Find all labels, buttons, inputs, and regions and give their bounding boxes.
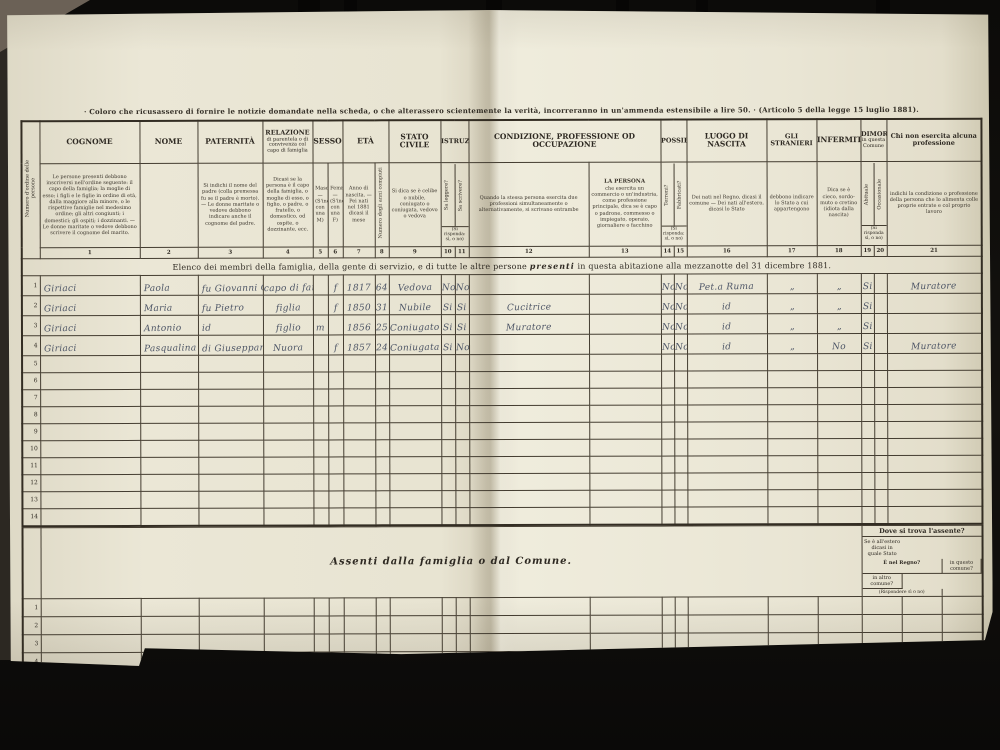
table-cell — [344, 651, 376, 670]
col-header-relazione: RELAZIONEdi parentela o di convivenza co… — [262, 120, 312, 162]
table-cell: f — [328, 274, 343, 294]
dimora-pair: Abituale Occasionale — [861, 163, 886, 225]
table-cell — [389, 388, 441, 405]
sa-scrivere-cell: Sa scrivere? — [454, 164, 468, 226]
table-cell: No — [674, 294, 687, 314]
table-cell — [874, 472, 887, 489]
table-cell: Antonio — [140, 315, 198, 335]
col-num: 20 — [874, 245, 887, 256]
table-cell — [456, 651, 470, 670]
table-cell — [862, 632, 902, 650]
table-cell — [662, 633, 675, 651]
handwritten-value: 1850 — [347, 303, 371, 313]
handwritten-value: Maria — [143, 303, 172, 314]
handwritten-value: No — [441, 282, 455, 292]
table-cell — [661, 422, 674, 439]
table-cell — [589, 354, 661, 371]
table-cell: id — [687, 313, 767, 333]
instr-stranieri: debbono indicare lo Stato a cui apparten… — [767, 161, 817, 245]
table-cell — [343, 456, 375, 473]
table-cell — [376, 633, 390, 651]
table-cell — [874, 455, 887, 472]
table-cell — [687, 421, 767, 438]
table-cell — [313, 456, 328, 473]
table-cell — [887, 387, 982, 404]
rispondere-note: (Rispondere sì o no) — [862, 588, 942, 595]
table-cell — [887, 293, 982, 313]
table-cell — [313, 422, 328, 439]
table-cell — [469, 456, 589, 473]
table-cell — [861, 472, 874, 489]
table-cell — [887, 353, 982, 370]
handwritten-value: No — [674, 282, 687, 292]
table-cell — [314, 597, 329, 615]
handwritten-value: „ — [789, 322, 794, 332]
table-cell — [313, 388, 328, 405]
table-cell: Si — [441, 314, 455, 334]
table-cell — [343, 490, 375, 507]
table-cell — [817, 370, 861, 387]
col-num: 1 — [40, 247, 140, 258]
fabbricati-cell: Fabbricati? — [673, 164, 686, 226]
handwritten-value: 31 — [376, 303, 388, 313]
table-cell — [328, 354, 343, 371]
instr-possiede: Terreni? Fabbricati? (Si risponda: sì, o… — [661, 162, 687, 246]
firma-label: (Firma): — [759, 684, 788, 692]
col-header-possiede: POSSIEDE — [660, 120, 686, 162]
instr-sesso-femmina: Femmina — (S'indichi con una F) — [328, 162, 343, 246]
table-cell — [389, 456, 441, 473]
table-cell — [390, 651, 442, 670]
table-cell — [589, 274, 661, 294]
col-header-condizione: CONDIZIONE, PROFESSIONE OD OCCUPAZIONE — [468, 120, 660, 163]
table-cell — [263, 456, 313, 473]
table-cell — [455, 371, 469, 388]
table-cell — [817, 489, 861, 506]
handwritten-value: Si — [457, 323, 467, 333]
table-cell: „ — [767, 333, 817, 353]
table-cell: „ — [767, 293, 817, 313]
table-cell — [441, 473, 455, 490]
col-header-sesso: SESSO — [312, 120, 342, 162]
table-cell — [817, 506, 861, 524]
table-cell — [767, 370, 817, 387]
table-cell — [675, 633, 688, 651]
table-cell — [661, 456, 674, 473]
table-cell — [469, 507, 589, 525]
table-cell — [198, 406, 263, 423]
photo-of-census-form: { "colors": { "paper": "#e8e4d2", "ink":… — [0, 0, 1000, 750]
table-cell — [313, 274, 328, 294]
table-cell: Giriaci — [40, 335, 140, 355]
handwritten-value: No — [674, 302, 687, 312]
handwritten-value: No — [674, 322, 687, 332]
numero-label: Numero d'ordine delle persone — [25, 151, 37, 225]
table-cell — [470, 615, 590, 633]
form-content: · Coloro che ricusassero di fornire le n… — [20, 105, 984, 694]
table-cell — [344, 633, 376, 651]
table-cell — [41, 634, 141, 652]
table-cell — [590, 633, 662, 651]
handwritten-value: Giriaci — [43, 343, 76, 354]
table-cell — [455, 490, 469, 507]
table-cell — [589, 439, 661, 456]
table-cell — [861, 404, 874, 421]
table-cell — [767, 353, 817, 370]
table-cell — [887, 313, 982, 333]
table-cell — [590, 615, 662, 633]
table-cell — [874, 387, 887, 404]
table-cell: Si — [861, 273, 874, 293]
col-header-cognome: COGNOME — [39, 121, 139, 163]
table-cell — [455, 354, 469, 371]
table-cell — [328, 388, 343, 405]
handwritten-value: No — [661, 322, 674, 332]
col-num: 18 — [817, 245, 861, 256]
handwritten-value: 64 — [376, 283, 388, 293]
row-number: 7 — [22, 389, 40, 406]
table-cell: No — [674, 314, 687, 334]
row-number: 10 — [22, 440, 40, 457]
table-cell — [661, 439, 674, 456]
table-cell — [389, 439, 441, 456]
row-number: 3 — [23, 634, 41, 652]
row-number: 5 — [22, 355, 40, 372]
table-cell: Muratore — [887, 333, 982, 353]
table-cell — [441, 490, 455, 507]
table-cell — [687, 438, 767, 455]
table-cell — [313, 490, 328, 507]
table-cell — [343, 439, 375, 456]
table-cell — [456, 615, 470, 633]
table-row: 3 — [23, 632, 983, 653]
table-cell — [687, 472, 767, 489]
la-persona-text: che esercita un commercio o un'industria… — [591, 185, 657, 229]
table-cell: Paola — [140, 275, 198, 295]
handwritten-value: Giriaci — [43, 303, 76, 314]
handwritten-value: Paola — [143, 283, 169, 294]
table-cell — [470, 651, 590, 670]
table-cell: fu Giovanni Giuseppe — [198, 275, 263, 295]
table-cell — [874, 438, 887, 455]
table-cell — [140, 355, 198, 372]
col-header-stranieri: GLI STRANIERI — [766, 119, 816, 161]
table-cell: 1850 — [343, 294, 375, 314]
table-cell — [343, 422, 375, 439]
col-num: 5 — [313, 246, 328, 257]
handwritten-value: 24 — [376, 343, 388, 353]
handwritten-value: f — [333, 283, 337, 293]
table-cell — [469, 388, 589, 405]
table-cell — [264, 615, 314, 633]
table-cell — [674, 405, 687, 422]
table-cell — [874, 313, 887, 333]
table-cell — [674, 507, 687, 525]
table-cell — [589, 473, 661, 490]
table-cell — [140, 491, 198, 508]
table-cell — [589, 456, 661, 473]
table-cell: No — [455, 334, 469, 354]
terreni-label: Terreni? — [664, 184, 670, 205]
table-cell — [329, 597, 344, 615]
relazione-subtitle: di parentela o di convivenza col capo di… — [263, 137, 312, 154]
table-cell — [375, 371, 389, 388]
dove-assente-title: Dove si trova l'assente? — [862, 525, 982, 536]
table-cell — [40, 389, 140, 406]
table-cell — [198, 508, 263, 526]
table-cell — [661, 371, 674, 388]
handwritten-value: 1856 — [347, 323, 371, 333]
table-cell — [469, 405, 589, 422]
handwritten-value: id — [722, 302, 731, 312]
table-cell — [442, 633, 456, 651]
table-cell — [902, 614, 942, 632]
dove-assente-grid: Dove si trova l'assente? È nel Regno? Se… — [862, 525, 982, 595]
row-number: 1 — [22, 275, 40, 295]
col-num: 4 — [263, 246, 313, 257]
census-table: Numero d'ordine delle persone COGNOME NO… — [20, 118, 983, 527]
table-cell — [688, 650, 768, 669]
table-cell — [389, 371, 441, 388]
table-cell — [661, 388, 674, 405]
table-cell — [455, 456, 469, 473]
table-cell — [40, 457, 140, 474]
table-cell — [874, 421, 887, 438]
table-cell — [469, 422, 589, 439]
table-cell — [887, 489, 982, 506]
assenti-rows: 1234 — [23, 596, 983, 671]
table-cell — [375, 422, 389, 439]
table-cell — [768, 650, 818, 669]
table-cell — [674, 354, 687, 371]
instr-istruzione: Sa leggere? Sa scrivere? (Si risponda: s… — [441, 162, 469, 246]
instr-nome — [140, 163, 198, 247]
in-questo-comune-label: in questo comune? — [942, 558, 982, 573]
row-number: 2 — [22, 295, 40, 315]
table-cell — [817, 455, 861, 472]
table-cell — [887, 506, 982, 524]
table-cell — [675, 615, 688, 633]
table-cell — [328, 490, 343, 507]
table-cell — [469, 274, 589, 294]
table-cell: Giriaci — [40, 275, 140, 295]
table-cell: 24 — [375, 334, 389, 354]
table-cell — [887, 438, 982, 455]
table-cell — [328, 405, 343, 422]
table-cell — [456, 597, 470, 615]
handwritten-value: Giriaci — [43, 283, 76, 294]
table-cell — [456, 633, 470, 651]
table-cell — [455, 507, 469, 525]
table-row: 2GiriaciMariafu Pietrofigliaf185031Nubil… — [22, 293, 982, 316]
table-cell — [198, 474, 263, 491]
table-cell — [687, 370, 767, 387]
handwritten-value: Giriaci — [43, 323, 76, 334]
table-cell — [442, 597, 456, 615]
table-cell — [375, 507, 389, 525]
table-cell: No — [661, 314, 674, 334]
row-number: 2 — [23, 616, 41, 634]
instr-condizione-12: Quando la stessa persona esercita due pr… — [469, 162, 589, 246]
row-number: 6 — [22, 372, 40, 389]
table-cell — [313, 473, 328, 490]
table-cell — [140, 508, 198, 526]
anni-compiuti-label: Numero degli anni compiuti — [379, 168, 385, 239]
row-number: 11 — [22, 457, 40, 474]
family-members-rows: 1GiriaciPaolafu Giovanni Giuseppecapo di… — [22, 273, 983, 526]
table-cell — [343, 473, 375, 490]
table-cell — [328, 422, 343, 439]
handwritten-value: Si — [863, 301, 873, 311]
istruzione-note: (Si risponda: sì, o no) — [441, 226, 468, 244]
table-cell — [263, 371, 313, 388]
handwritten-value: No — [661, 342, 674, 352]
instr-anno-nascita: Anno di nascita. — Pei nati nel 1881 dic… — [343, 162, 375, 246]
col-header-paternita: PATERNITÀ — [197, 121, 262, 163]
instr-paternita: Si indichi il nome del padre (colla prem… — [198, 163, 263, 247]
table-cell — [887, 455, 982, 472]
table-cell — [329, 633, 344, 651]
table-cell — [141, 634, 199, 652]
table-cell — [767, 421, 817, 438]
table-cell — [469, 439, 589, 456]
table-cell: Muratore — [887, 273, 982, 293]
table-cell — [344, 615, 376, 633]
table-cell — [688, 632, 768, 650]
col-header-nome: NOME — [139, 121, 197, 163]
instr-dimora: Abituale Occasionale (Si risponda sì, o … — [861, 161, 887, 245]
table-cell — [874, 404, 887, 421]
table-row: 4GiriaciPasqualinadi GiuseppantonioNuora… — [22, 333, 982, 356]
table-cell — [264, 651, 314, 670]
table-cell — [389, 405, 441, 422]
row-number: 4 — [22, 335, 40, 355]
table-cell — [767, 438, 817, 455]
table-cell — [874, 506, 887, 524]
table-cell — [675, 597, 688, 615]
table-cell — [674, 439, 687, 456]
table-cell — [942, 650, 983, 669]
table-cell — [455, 422, 469, 439]
table-cell — [942, 614, 983, 632]
instr-condizione-13: LA PERSONAche esercita un commercio o un… — [589, 162, 661, 246]
col-num: 3 — [198, 247, 263, 258]
subtitle-pre: Elenco dei membri della famiglia, della … — [173, 261, 530, 271]
table-cell — [817, 438, 861, 455]
assenti-section-title: Assenti dalla famiglia o dal Comune. — [40, 525, 861, 598]
table-cell: Si — [455, 294, 469, 314]
table-cell — [767, 506, 817, 524]
table-cell — [687, 506, 767, 524]
table-cell — [40, 406, 140, 423]
table-cell — [688, 596, 768, 614]
table-cell — [470, 633, 590, 651]
col-header-numero: Numero d'ordine delle persone — [21, 121, 39, 258]
instr-stato-civile: Si dica se è celibe o nubile, coniugato … — [389, 162, 441, 246]
table-cell — [817, 472, 861, 489]
handwritten-value: fu Giovanni Giuseppe — [201, 282, 263, 294]
handwritten-value: Coniugato — [390, 322, 440, 333]
table-cell — [263, 473, 313, 490]
declaration-text: Dichiaro che le suddette informazioni so… — [346, 684, 756, 693]
handwritten-value: Si — [443, 343, 453, 353]
table-cell — [375, 490, 389, 507]
table-cell — [861, 489, 874, 506]
table-cell: 1817 — [343, 274, 375, 294]
census-form-sheet: · Coloro che ricusassero di fornire le n… — [5, 9, 993, 667]
handwritten-value: Vedova — [398, 282, 433, 293]
table-cell — [674, 456, 687, 473]
table-row: 4 — [23, 650, 983, 671]
table-cell — [441, 388, 455, 405]
col-num: 10 — [441, 246, 455, 257]
table-cell — [389, 473, 441, 490]
handwritten-value: „ — [836, 322, 841, 332]
col-header-luogo-nascita: LUOGO DI NASCITA — [686, 119, 766, 161]
table-cell — [861, 421, 874, 438]
table-cell — [389, 422, 441, 439]
table-cell: „ — [767, 313, 817, 333]
col-header-infermita: INFERMITÀ — [816, 119, 860, 161]
fabbricati-label: Fabbricati? — [677, 180, 683, 209]
table-cell — [264, 597, 314, 615]
table-cell — [263, 422, 313, 439]
table-cell: 64 — [375, 274, 389, 294]
table-cell: id — [198, 315, 263, 335]
handwritten-value: 25 — [376, 323, 388, 333]
handwritten-value: No — [455, 342, 469, 352]
instr-cognome: Le persone presenti debbono inscriversi … — [40, 163, 140, 247]
table-cell — [199, 616, 264, 634]
table-cell — [375, 439, 389, 456]
table-cell: Giriaci — [40, 315, 140, 335]
sa-leggere-cell: Sa leggere? — [441, 164, 454, 226]
handwritten-value: Nuora — [273, 343, 303, 354]
handwritten-value: m — [316, 323, 325, 333]
handwritten-value: f — [334, 343, 338, 353]
table-cell — [874, 333, 887, 353]
table-cell — [675, 651, 688, 670]
table-cell — [140, 440, 198, 457]
legal-notice: · Coloro che ricusassero di fornire le n… — [20, 105, 982, 117]
table-cell — [817, 421, 861, 438]
table-cell — [441, 439, 455, 456]
table-cell — [40, 372, 140, 389]
table-cell — [40, 491, 140, 508]
assenti-table: Assenti dalla famiglia o dal Comune. Dov… — [21, 524, 983, 672]
table-cell — [902, 632, 942, 650]
col-num: 11 — [455, 246, 469, 257]
table-cell — [313, 371, 328, 388]
table-cell: capo di fam.a — [263, 274, 313, 294]
table-cell: No — [661, 274, 674, 294]
head-of-family-signature: G. Mancini Camrespe — [794, 676, 944, 693]
handwritten-value: id — [201, 323, 210, 333]
handwritten-value: Si — [862, 281, 872, 291]
table-cell — [942, 596, 983, 614]
table-cell — [862, 596, 902, 614]
table-cell — [767, 404, 817, 421]
istruzione-pair: Sa leggere? Sa scrivere? — [441, 164, 468, 226]
table-cell — [141, 652, 199, 671]
table-cell — [314, 651, 329, 670]
table-cell — [199, 598, 264, 616]
table-cell — [862, 650, 902, 669]
table-cell — [343, 405, 375, 422]
table-cell — [40, 355, 140, 372]
occasionale-cell: Occasionale — [873, 163, 886, 225]
table-cell — [589, 388, 661, 405]
